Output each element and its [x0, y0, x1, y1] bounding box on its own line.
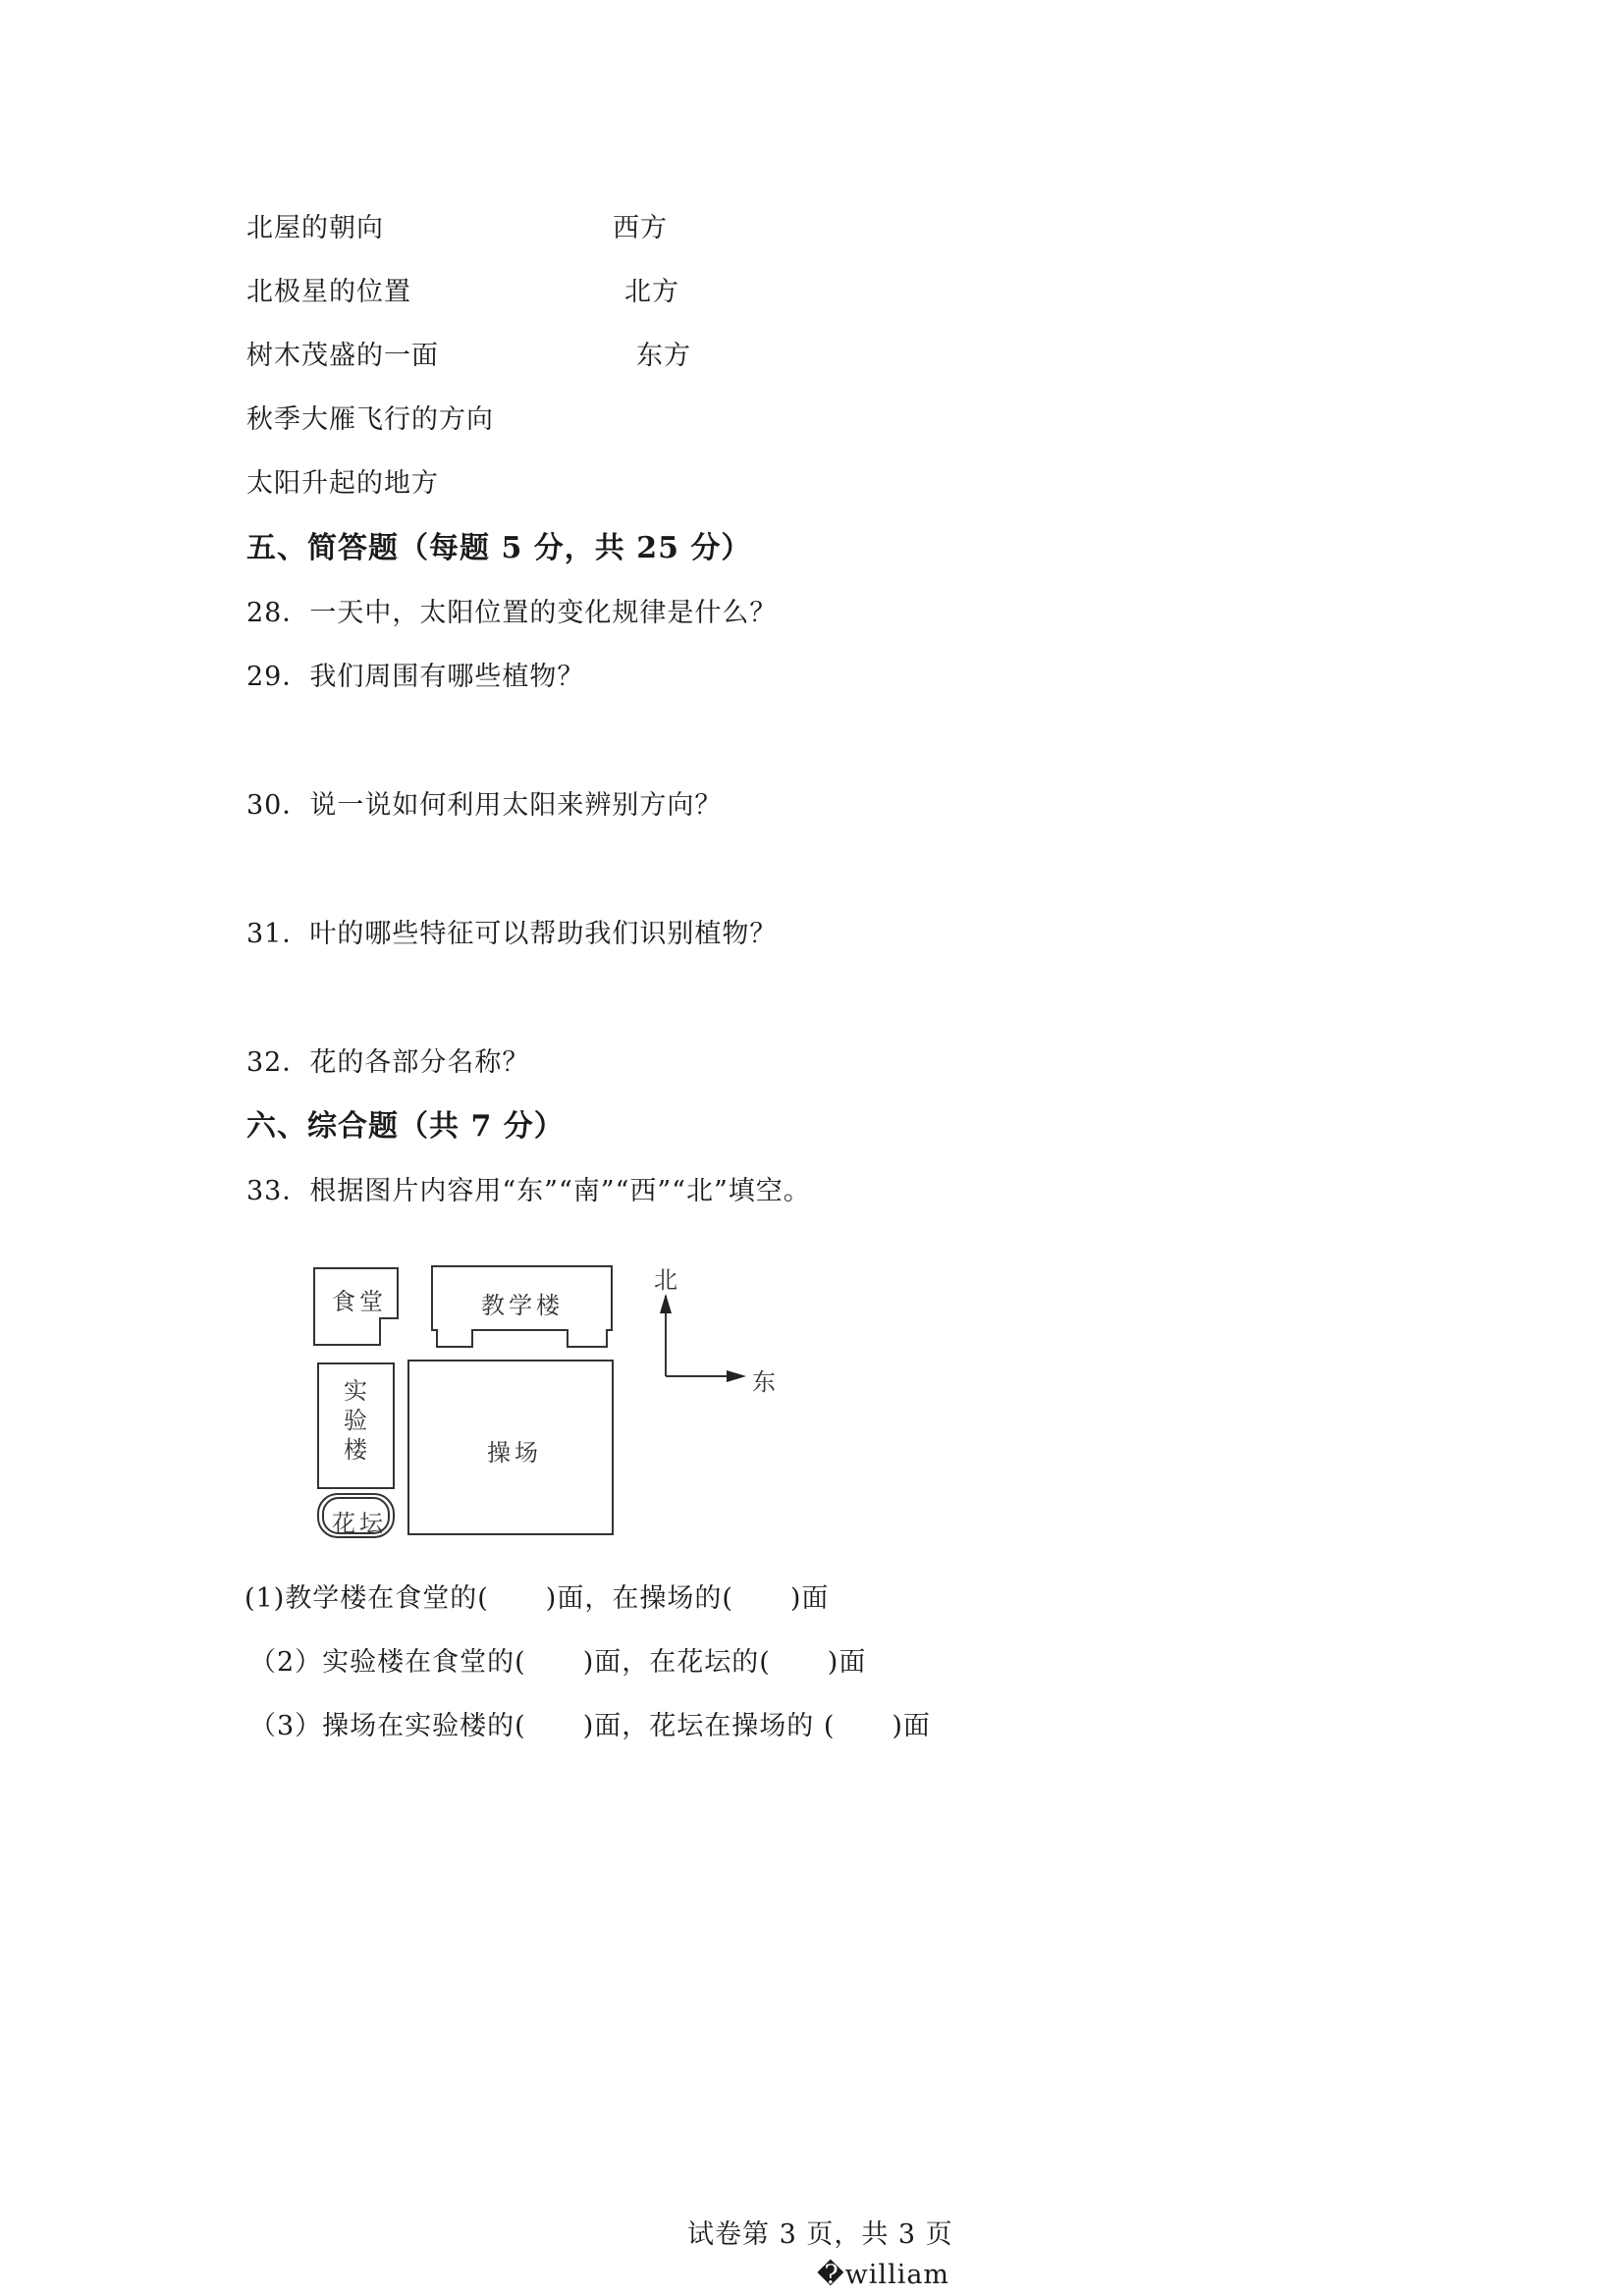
- map-label-canteen: 食堂: [332, 1282, 387, 1316]
- page-footer: 试卷第 3 页，共 3 页: [687, 2213, 953, 2251]
- question-31: 31．叶的哪些特征可以帮助我们识别植物？: [246, 918, 777, 951]
- question-33: 33．根据图片内容用“东”“南”“西”“北”填空。: [246, 1175, 811, 1208]
- fill-in-3: （3）操场在实验楼的()面，花坛在操场的 ()面: [249, 1710, 931, 1743]
- question-28: 28．一天中，太阳位置的变化规律是什么？: [246, 597, 777, 630]
- matching-right-item: 东方: [636, 340, 691, 373]
- compass-north-label: 北: [654, 1260, 681, 1295]
- compass-east-label: 东: [752, 1362, 780, 1397]
- matching-left-item: 秋季大雁飞行的方向: [246, 403, 494, 437]
- fill-in-1: (1)教学楼在食堂的()面，在操场的()面: [244, 1582, 829, 1616]
- map-label-teaching-building: 教学楼: [481, 1286, 564, 1320]
- question-29: 29．我们周围有哪些植物？: [246, 661, 584, 694]
- page-footer-duplicate: �william: [817, 2260, 949, 2290]
- question-30: 30．说一说如何利用太阳来辨别方向？: [246, 789, 722, 823]
- matching-left-item: 北屋的朝向: [246, 212, 384, 245]
- matching-left-item: 树木茂盛的一面: [246, 340, 439, 373]
- matching-right-item: 西方: [613, 212, 668, 245]
- section-heading: 五、简答题（每题 5 分，共 25 分）: [246, 532, 751, 565]
- map-label-flowerbed: 花坛: [332, 1504, 387, 1538]
- matching-left-item: 太阳升起的地方: [246, 467, 439, 501]
- question-32: 32．花的各部分名称？: [246, 1046, 529, 1080]
- map-label-playground: 操场: [487, 1433, 542, 1468]
- matching-right-item: 北方: [624, 276, 679, 309]
- section-heading: 六、综合题（共 7 分）: [246, 1110, 565, 1144]
- matching-left-item: 北极星的位置: [246, 276, 411, 309]
- fill-in-2: （2）实验楼在食堂的()面，在花坛的()面: [249, 1646, 866, 1680]
- campus-map: 食堂 教学楼 实验楼 操场 花坛 北 东: [295, 1247, 825, 1551]
- map-label-lab-building: 实验楼: [344, 1376, 369, 1465]
